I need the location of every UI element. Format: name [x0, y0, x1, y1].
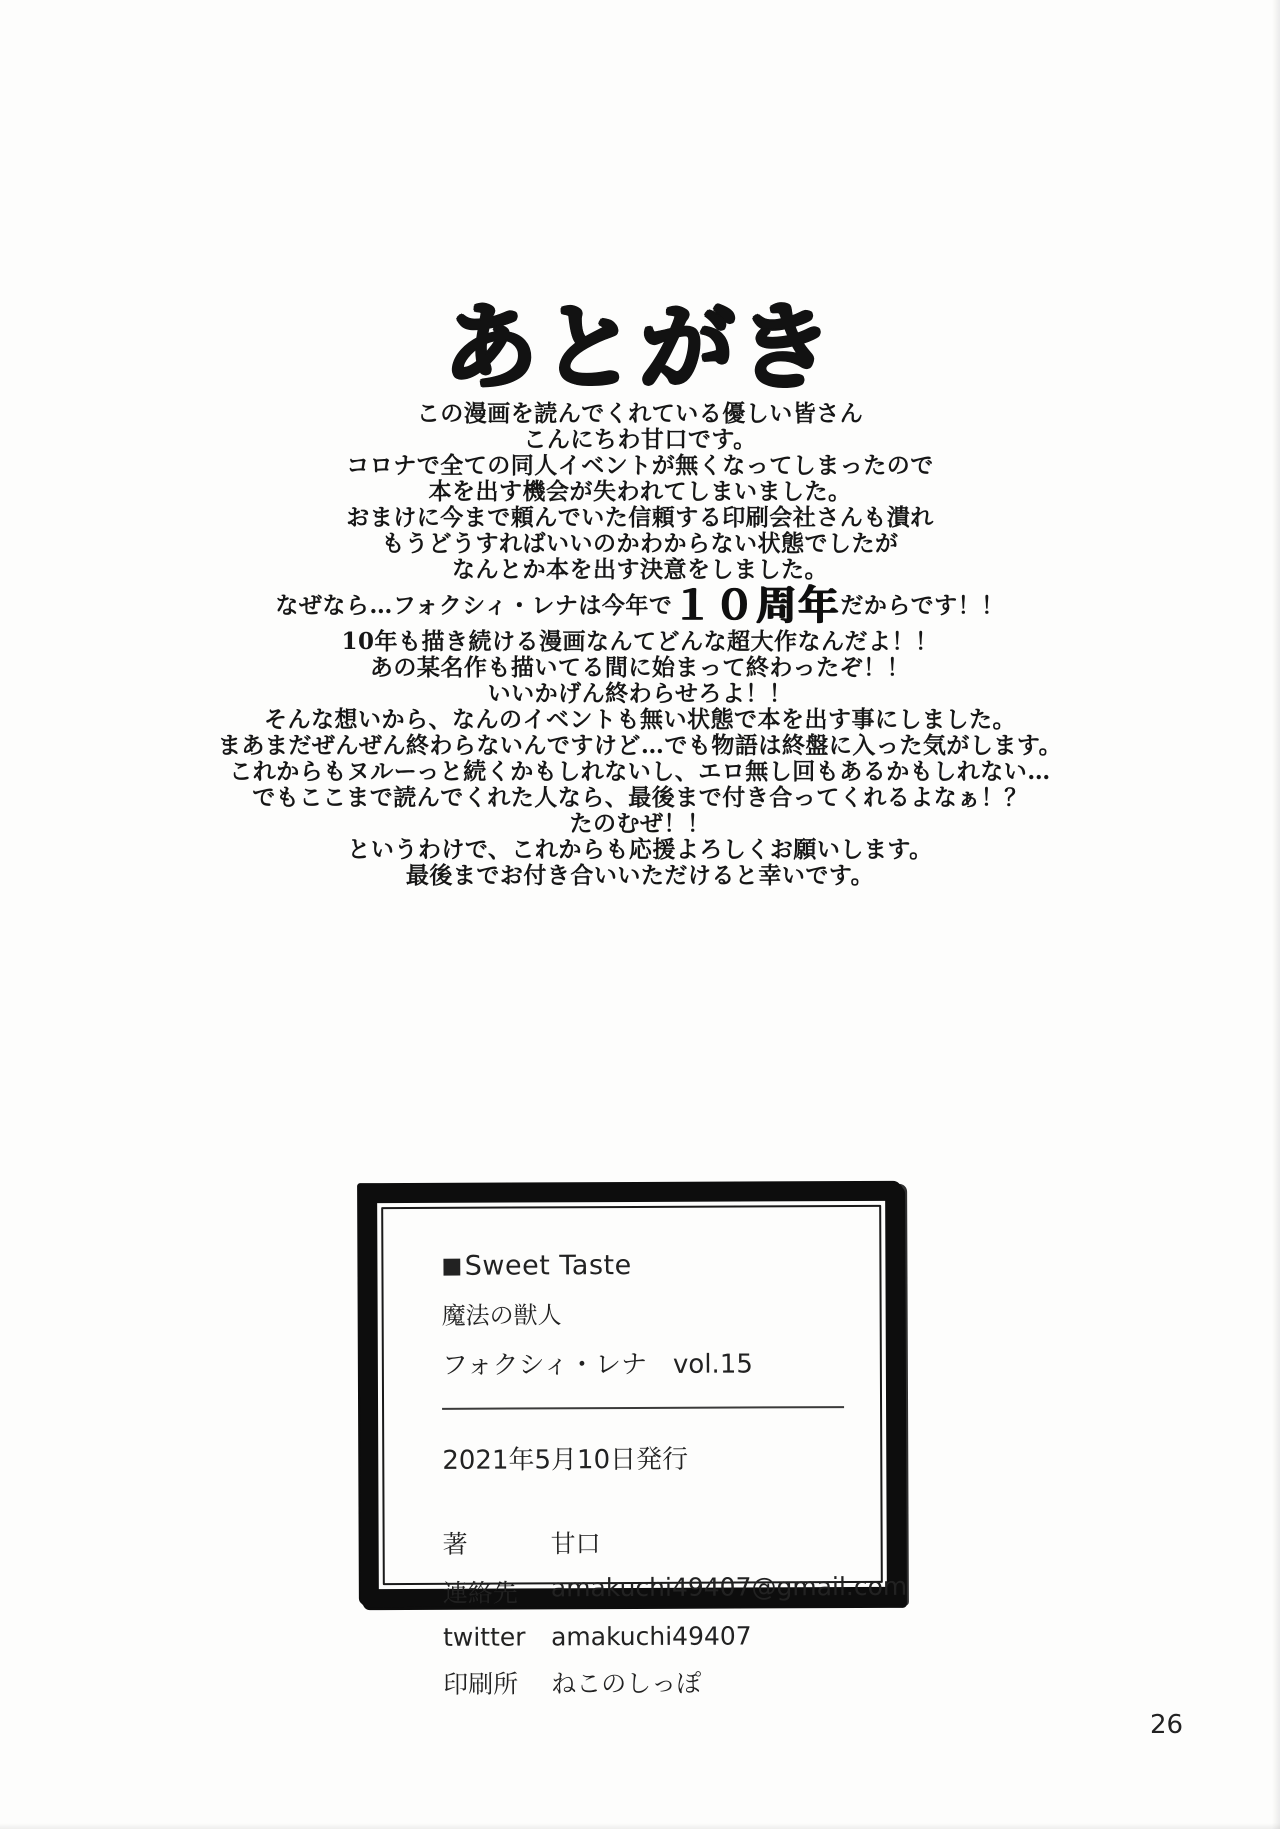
credit-label: 連絡先	[443, 1573, 551, 1609]
credit-label: 著	[443, 1524, 551, 1560]
corona-paragraph: コロナで全ての同人イベントが無くなってしまったので 本を出す機会が失われてしまい…	[20, 453, 1260, 583]
credit-value: ねこのしっぽ	[551, 1663, 853, 1700]
paragraph-line: コロナで全ての同人イベントが無くなってしまったので	[346, 452, 934, 479]
closing-paragraph: というわけで、これからも応援よろしくお願いします。 最後までお付き合いいただける…	[20, 837, 1260, 889]
paragraph-line: たのむぜ！！	[570, 810, 711, 837]
circle-name-text: Sweet Taste	[465, 1250, 632, 1282]
paragraph-line: この漫画を読んでくれている優しい皆さん	[417, 400, 864, 427]
anniversary-post-text: だからです！！	[840, 592, 1004, 619]
scan-edge-right	[1272, 0, 1280, 1829]
anniversary-line: なぜなら…フォクシィ・レナは今年で１０周年だからです！！	[20, 583, 1260, 629]
paragraph-line: おまけに今まで頼んでいた信頼する印刷会社さんも潰れ	[346, 504, 934, 531]
credit-row-twitter: twitter amakuchi49407	[443, 1621, 853, 1652]
credit-label: 印刷所	[443, 1664, 551, 1700]
paragraph-line: これからもヌルーっと続くかもしれないし、エロ無し回もあるかもしれない…	[229, 758, 1051, 785]
greeting-paragraph: この漫画を読んでくれている優しい皆さん こんにちわ甘口です。	[20, 401, 1260, 453]
anniversary-paragraph: なぜなら…フォクシィ・レナは今年で１０周年だからです！！ 10年も描き続ける漫画…	[20, 583, 1260, 707]
circle-name: ■Sweet Taste	[441, 1249, 851, 1282]
afterword-content: あとがき この漫画を読んでくれている優しい皆さん こんにちわ甘口です。 コロナで…	[20, 0, 1260, 889]
paragraph-line: というわけで、これからも応援よろしくお願いします。	[347, 836, 932, 863]
square-bullet-icon: ■	[441, 1254, 462, 1279]
anniversary-pre-text: なぜなら…フォクシィ・レナは今年で	[275, 592, 672, 619]
paragraph-line: 本を出す機会が失われてしまいました。	[429, 478, 852, 505]
resolve-paragraph: そんな想いから、なんのイベントも無い状態で本を出す事にしました。 まあまだぜんぜ…	[20, 707, 1260, 837]
credit-row-contact: 連絡先 amakuchi49407@gmail.com	[443, 1572, 853, 1610]
paragraph-line: そんな想いから、なんのイベントも無い状態で本を出す事にしました。	[264, 706, 1016, 733]
credit-label: twitter	[443, 1622, 551, 1651]
series-title: 魔法の獣人	[442, 1294, 852, 1331]
paragraph-line: 10年も描き続ける漫画なんてどんな超大作なんだよ！！	[341, 628, 938, 655]
scan-edge-bottom	[0, 1823, 1280, 1829]
credit-row-author: 著 甘口	[443, 1523, 853, 1561]
colophon-box: ■Sweet Taste 魔法の獣人 フォクシィ・レナ vol.15 2021年…	[359, 1183, 905, 1607]
credit-value: 甘口	[551, 1523, 853, 1560]
credit-row-printer: 印刷所 ねこのしっぽ	[443, 1663, 853, 1701]
credit-value: amakuchi49407	[551, 1621, 853, 1651]
afterword-page: あとがき この漫画を読んでくれている優しい皆さん こんにちわ甘口です。 コロナで…	[0, 0, 1280, 1829]
page-number: 26	[1150, 1710, 1183, 1740]
credit-value: amakuchi49407@gmail.com	[551, 1572, 908, 1610]
credits-list: 著 甘口 連絡先 amakuchi49407@gmail.com twitter…	[443, 1523, 854, 1701]
paragraph-line: こんにちわ甘口です。	[523, 426, 756, 453]
paragraph-line: でもここまで読んでくれた人なら、最後まで付き合ってくれるよなぁ！？	[252, 784, 1028, 811]
volume-title: フォクシィ・レナ vol.15	[442, 1343, 852, 1382]
paragraph-line: あの某名作も描いてる間に始まって終わったぞ！！	[370, 654, 910, 681]
colophon-content: ■Sweet Taste 魔法の獣人 フォクシィ・レナ vol.15 2021年…	[383, 1207, 881, 1583]
paragraph-line: まあまだぜんぜん終わらないんですけど…でも物語は終盤に入った気がします。	[218, 732, 1062, 759]
colophon-divider	[442, 1406, 844, 1410]
paragraph-line: 最後までお付き合いいただけると幸いです。	[406, 862, 874, 889]
publish-date: 2021年5月10日発行	[442, 1438, 852, 1477]
page-title: あとがき	[18, 296, 1262, 401]
paragraph-line: いいかげん終わらせろよ！！	[488, 680, 793, 707]
paragraph-line: もうどうすればいいのかわからない状態でしたが	[382, 530, 899, 557]
paragraph-line: なんとか本を出す決意をしました。	[452, 556, 828, 583]
anniversary-emphasis: １０周年	[672, 583, 840, 629]
